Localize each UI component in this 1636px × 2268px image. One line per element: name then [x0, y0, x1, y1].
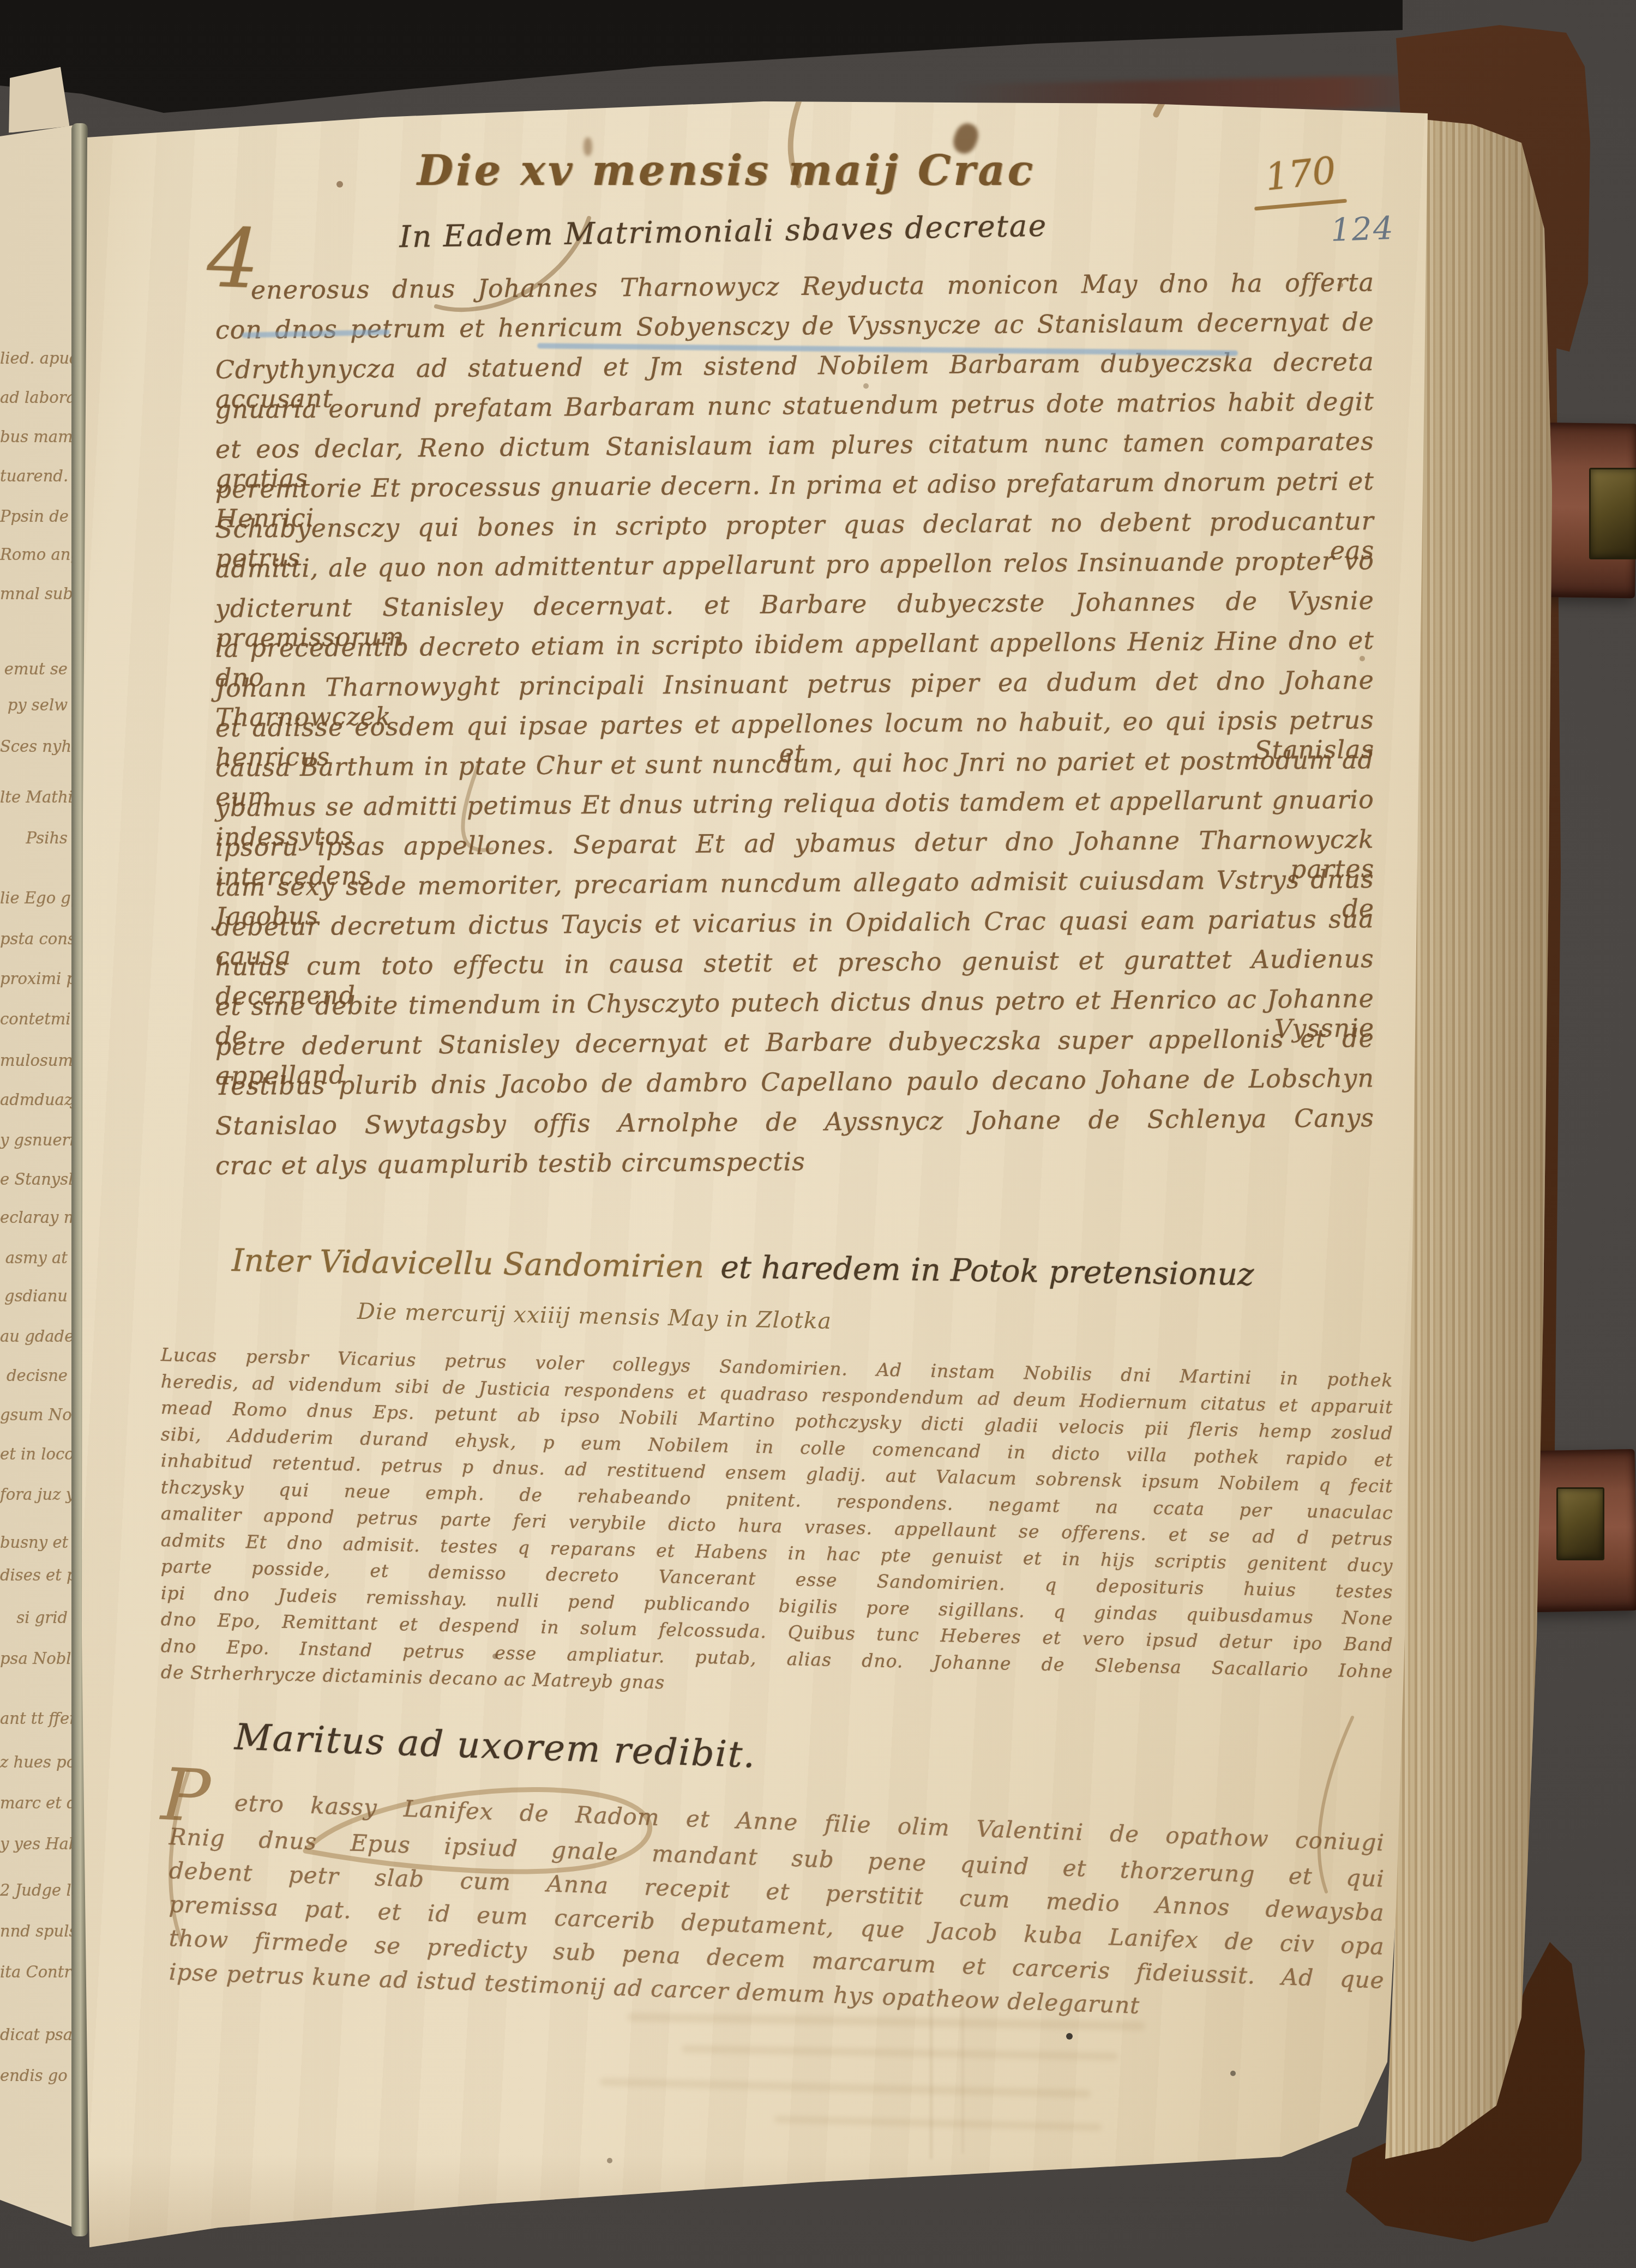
- section2-date-subheader: Die mercurij xxiiij mensis May in Zlotka: [357, 1298, 832, 1334]
- facing-page-text-fragment: fora juz yut: [0, 1485, 68, 1504]
- folio-number-ink: 170: [1263, 149, 1338, 199]
- facing-page-text-fragment: z hues pond: [0, 1753, 68, 1771]
- ink-smudge-small: [584, 137, 592, 156]
- manuscript-page: Die xv mensis maij Crac In Eadem Matrimo…: [0, 0, 1636, 2268]
- facing-page-text-fragment: bus mamaly: [0, 427, 68, 446]
- facing-page-text-fragment: ad laborator: [0, 388, 68, 407]
- facing-page-text-fragment: lte Mathias: [0, 788, 68, 806]
- facing-page-text-fragment: Sces nyhod: [0, 737, 68, 756]
- facing-page-text-fragment: gsdianu: [0, 1287, 68, 1305]
- facing-page-text-fragment: et in loco tuto: [0, 1445, 68, 1463]
- facing-page-text-fragment: ant tt ffemy: [0, 1709, 68, 1728]
- facing-page-text-fragment: y yes Habiliy: [0, 1835, 68, 1853]
- facing-page-text-fragment: nnd spulsabuds: [0, 1922, 68, 1940]
- facing-page-text-fragment: si grid: [0, 1608, 68, 1627]
- facing-page-text-fragment: dises et ph: [0, 1566, 68, 1584]
- facing-page-text-fragment: emut se: [0, 660, 68, 678]
- facing-page-text-fragment: 2 Judge latitat: [0, 1881, 68, 1899]
- facing-page-text-fragment: lied. apud: [0, 349, 68, 367]
- manuscript-text-line: crac et alys quamplurib testib circumspe…: [215, 1147, 843, 1180]
- folio-number-underline: [1254, 199, 1347, 211]
- facing-page-text-fragment: mnal sub: [0, 584, 68, 603]
- manuscript-text-line: con dnos petrum et henricum Sobyensczy d…: [215, 307, 1374, 345]
- manuscript-photograph: lied. apudad laboratorbus mamalytuarend.…: [0, 0, 1636, 2268]
- facing-page-text-fragment: eclaray mitad: [0, 1208, 68, 1227]
- lower-brass-clasp: [1556, 1487, 1604, 1560]
- facing-page-text-fragment: lie Ego gpsia: [0, 889, 68, 907]
- facing-page-text-fragment: asmy at: [0, 1248, 68, 1267]
- date-heading: Die xv mensis maij Crac: [417, 146, 1036, 195]
- upper-brass-clasp: [1589, 468, 1636, 559]
- facing-page-text-fragment: gsum Nobles: [0, 1406, 68, 1424]
- manuscript-text-line: enerosus dnus Johannes Tharnowycz Reyduc…: [251, 268, 1374, 305]
- facing-page-text-fragment: proximi plito: [0, 969, 68, 988]
- facing-page-text-fragment: busny et: [0, 1533, 68, 1552]
- facing-page-text-fragment: Ppsin de: [0, 507, 68, 526]
- facing-page-text-fragment: ita Contra: [0, 1963, 68, 1981]
- stain-streak: [962, 1990, 964, 2154]
- facing-page-text-fragment: mulosum: [0, 1051, 68, 1070]
- facing-page-text-fragment: Romo angl: [0, 545, 68, 564]
- facing-page-text-fragment: dicat psao: [0, 2025, 68, 2044]
- facing-page-text-fragment: Psihs: [0, 829, 68, 847]
- section3-header: Maritus ad uxorem redibit.: [234, 1716, 757, 1776]
- paragraph3-initial-letter: P: [160, 1759, 212, 1833]
- facing-page-text-fragment: au gdadeny: [0, 1327, 68, 1346]
- facing-page-text-fragment: decisne: [0, 1366, 68, 1385]
- facing-page-text-fragment: py selw: [0, 696, 68, 714]
- bleedthrough-ghost-line: [600, 2078, 1091, 2098]
- manuscript-text-line: Stanislao Swytagsby offis Arnolphe de Ay…: [215, 1103, 1374, 1141]
- facing-page-text-fragment: contetmi: [0, 1010, 68, 1028]
- case-heading: In Eadem Matrimoniali sbaves decretae: [399, 208, 1048, 255]
- bleedthrough-ghost-line: [774, 2116, 1102, 2131]
- facing-page-text-fragment: psa Noblue: [0, 1649, 68, 1668]
- stain-streak: [930, 1974, 933, 2159]
- section2-header-left: Inter Vidavicellu Sandomirien: [232, 1242, 705, 1285]
- facing-page-text-fragment: e Stanyslaud: [0, 1170, 68, 1189]
- section2-header: Inter Vidavicellu Sandomirienet haredem …: [232, 1242, 1254, 1293]
- bleedthrough-ghost-line: [682, 2045, 1118, 2060]
- facing-page-text-fragment: endis go di: [0, 2066, 68, 2085]
- facing-page-text-fragment: y gsnueris: [0, 1131, 68, 1149]
- facing-page-text-fragment: psta consilia: [0, 930, 68, 948]
- section2-header-right: et haredem in Potok pretensionuz: [720, 1249, 1254, 1293]
- facing-page-text-fragment: admduazj: [0, 1090, 68, 1109]
- facing-page-text-fragment: marc et de plane: [0, 1794, 68, 1812]
- facing-page-text-fragment: tuarend. gplet: [0, 467, 68, 485]
- folio-number-pencil: 124: [1330, 209, 1395, 249]
